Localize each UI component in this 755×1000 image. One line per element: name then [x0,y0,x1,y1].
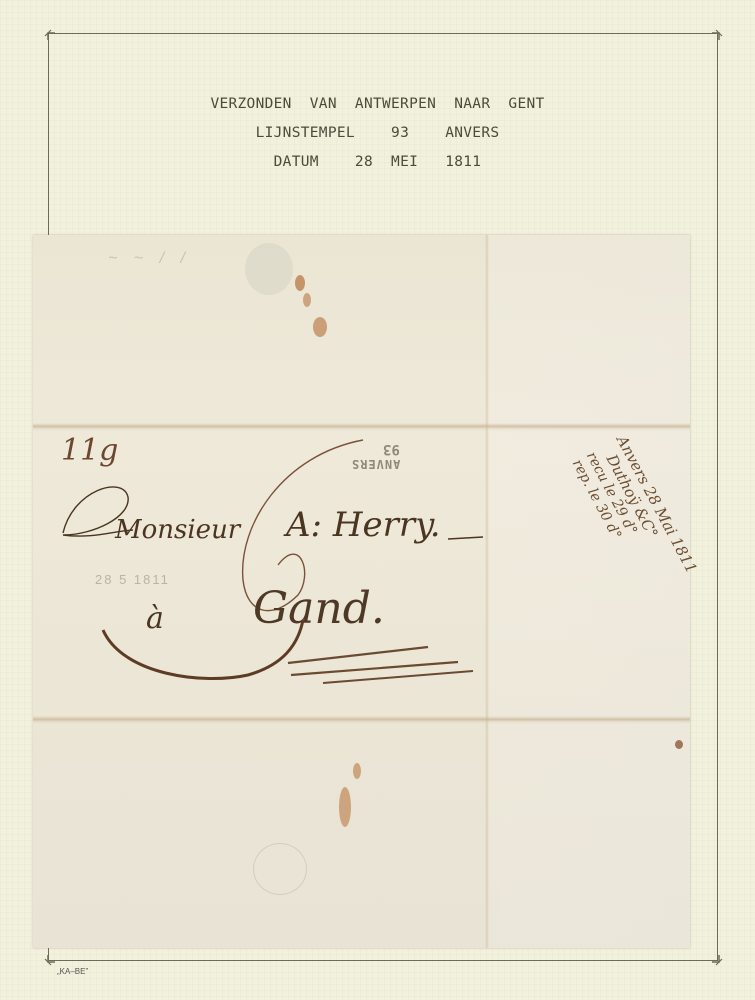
fold-line-lower [33,716,690,724]
rust-stain [675,740,683,749]
page-heading-postmark: LIJNSTEMPEL 93 ANVERS [0,125,755,141]
address-preposition: à [146,601,164,636]
rust-stain [303,293,311,307]
postmark-number: 93 [383,441,400,457]
address-salutation: Monsieur [115,515,240,545]
frame-corner-notch-icon [711,27,725,41]
page-heading-date: DATUM 28 MEI 1811 [0,154,755,170]
rust-stain [353,763,361,779]
page-heading-route: VERZONDEN VAN ANTWERPEN NAAR GENT [0,96,755,112]
seal-shadow-stain [245,243,293,295]
frame-corner-notch-icon [42,27,56,41]
folded-letter: ~ ~ / / 11g 93 ANVERS Monsieur A: Herry.… [33,235,690,948]
fold-line-upper [33,423,690,431]
album-maker-mark: „KA–BE” [57,967,88,976]
rust-stain [295,275,305,291]
faint-pencil-scribble: ~ ~ / / [108,250,191,268]
address-city: Gand. [253,583,385,634]
rust-stain [313,317,327,337]
address-recipient-name: A: Herry. [286,505,441,545]
frame-corner-notch-icon [42,954,56,968]
seal-shadow-stain [253,843,307,895]
frame-corner-notch-icon [711,954,725,968]
rate-marking: 11g [61,433,118,468]
rust-stain [339,787,351,827]
postmark-town: ANVERS [351,457,400,471]
fold-line-vertical [485,235,489,948]
pencil-date-annotation: 28 5 1811 [95,572,170,587]
